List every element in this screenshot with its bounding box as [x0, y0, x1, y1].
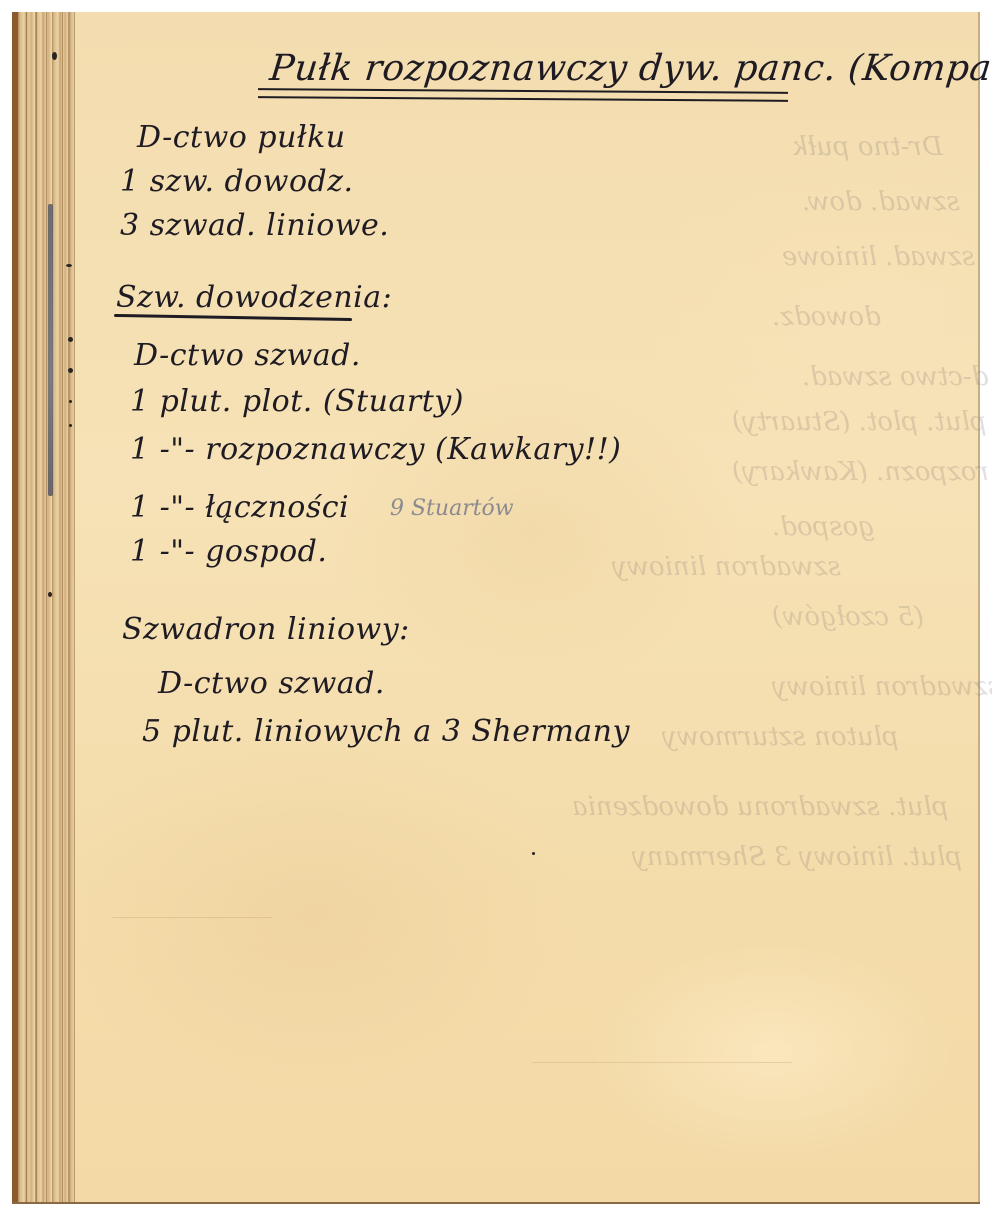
pencil-margin-mark	[48, 204, 53, 496]
page-edge-line	[26, 12, 27, 1202]
ink-mark	[69, 400, 72, 403]
section-item: D-ctwo szwad.	[158, 666, 385, 701]
bleed-through-text: szwad. liniowe	[782, 242, 975, 272]
bleed-through-text: szwad. dow.	[802, 187, 960, 217]
bleed-through-text: plut. plot. (Stuarty)	[732, 407, 987, 437]
bleed-through-text: (5 czołgów)	[772, 602, 924, 632]
bleed-through-text: pluton szturmowy	[662, 722, 899, 752]
ink-mark	[68, 368, 73, 373]
section-item: 1 -"- rozpoznawczy (Kawkary!!)	[130, 432, 621, 467]
bleed-through-text: Dr-tno pułk	[792, 132, 943, 162]
section-item: D-ctwo szwad.	[134, 338, 361, 373]
bleed-through-text: plut. szwadronu dowodzenia	[572, 792, 948, 822]
section-item: 5 plut. liniowych a 3 Shermany	[142, 714, 630, 749]
ink-mark	[69, 424, 72, 427]
bleed-through-text: dowodz.	[772, 302, 881, 332]
ink-mark	[52, 52, 57, 60]
notebook-spine	[12, 12, 74, 1202]
page-edge-line	[36, 12, 37, 1202]
title-underline	[258, 96, 788, 102]
ink-speck	[532, 852, 535, 855]
section-item: 1 -"- gospod.	[130, 534, 327, 569]
page-edge-line	[68, 12, 69, 1202]
notebook-page: Dr-tno pułk szwad. dow. szwad. liniowe d…	[12, 12, 980, 1204]
bleed-through-text: plut. liniowy 3 Shermany	[632, 842, 962, 872]
intro-line: 1 szw. dowodz.	[120, 164, 354, 199]
bleed-through-text: plut. rozpozn. (Kawkary)	[732, 457, 992, 487]
page-edge-line	[74, 12, 75, 1202]
bleed-through-text: szwadron liniowy	[612, 552, 841, 582]
page-title: Pułk rozpoznawczy dyw. panc. (Kompania	[268, 48, 992, 89]
bleed-through-text: szwadron liniowy	[772, 672, 992, 702]
intro-line: D-ctwo pułku	[137, 120, 346, 155]
ink-mark	[68, 337, 73, 342]
title-underline	[258, 88, 788, 94]
section-heading: Szwadron liniowy:	[122, 612, 410, 647]
bleed-through-text: d-ctwo szwad.	[802, 362, 988, 392]
page-edge-line	[62, 12, 63, 1202]
page-edge-line	[46, 12, 47, 1202]
ink-mark	[66, 264, 72, 267]
pencil-annotation: 9 Stuartów	[390, 496, 514, 521]
section-heading: Szw. dowodzenia:	[116, 280, 392, 315]
paper-crease	[532, 1062, 792, 1063]
section-item: 1 plut. plot. (Stuarty)	[130, 384, 464, 419]
section-item: 1 -"- łączności	[130, 490, 349, 525]
intro-line: 3 szwad. liniowe.	[120, 208, 389, 243]
bleed-through-text: gospod.	[772, 512, 875, 542]
ink-mark	[48, 592, 52, 597]
paper-crease	[112, 917, 272, 918]
